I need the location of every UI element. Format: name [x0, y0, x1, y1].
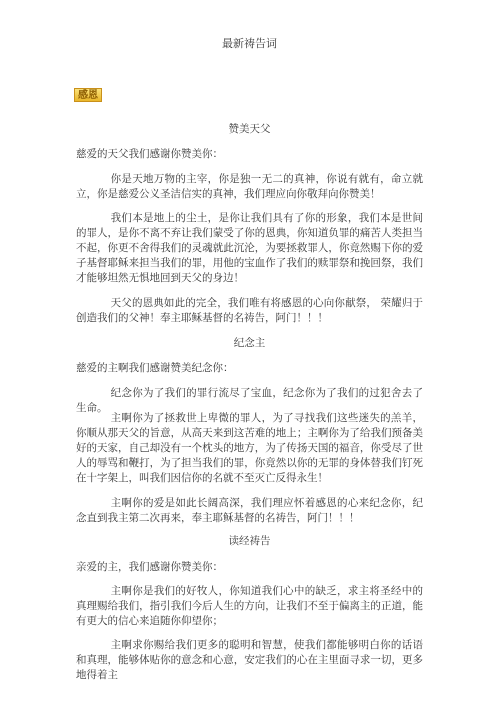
document-title: 最新祷告词	[76, 37, 423, 51]
paragraph: 主啊你为了拯救世上卑微的罪人，为了寻找我们这些迷失的羔羊，你顺从那天父的旨意，从…	[76, 411, 423, 486]
paragraph: 主啊你的爱是如此长阔高深，我们理应怀着感恩的心来纪念你，纪念直到我主第二次再来，…	[76, 496, 423, 526]
paragraph: 你是天地万物的主宰，你是独一无二的真神，你说有就有，命立就立，你是慈爱公义圣洁信…	[76, 172, 423, 202]
gratitude-badge: 感恩	[74, 88, 102, 102]
paragraph: 主啊你是我们的好牧人，你知道我们心中的缺乏，求主将圣经中的真理赐给我们，指引我们…	[76, 584, 423, 629]
section-salutation: 慈爱的天父我们感谢你赞美你：	[76, 147, 423, 162]
paragraph: 主啊求你赐给我们更多的聪明和智慧，使我们都能够明白你的话语和真理，能够体贴你的意…	[76, 638, 423, 683]
section-heading-remember-lord: 纪念主	[76, 336, 423, 351]
paragraph: 天父的恩典如此的完全，我们唯有将感恩的心向你献祭， 荣耀归于创造我们的父神！奉主…	[76, 296, 423, 326]
section-salutation: 慈爱的主啊我们感谢赞美纪念你：	[76, 361, 423, 376]
section-heading-praise-father: 赞美天父	[76, 122, 423, 137]
section-heading-scripture-prayer: 读经祷告	[76, 534, 423, 549]
paragraph: 我们本是地上的尘土，是你让我们具有了你的形象，我们本是世间的罪人，是你不离不弃让…	[76, 211, 423, 286]
section-salutation: 亲爱的主，我们感谢你赞美你：	[76, 560, 423, 575]
